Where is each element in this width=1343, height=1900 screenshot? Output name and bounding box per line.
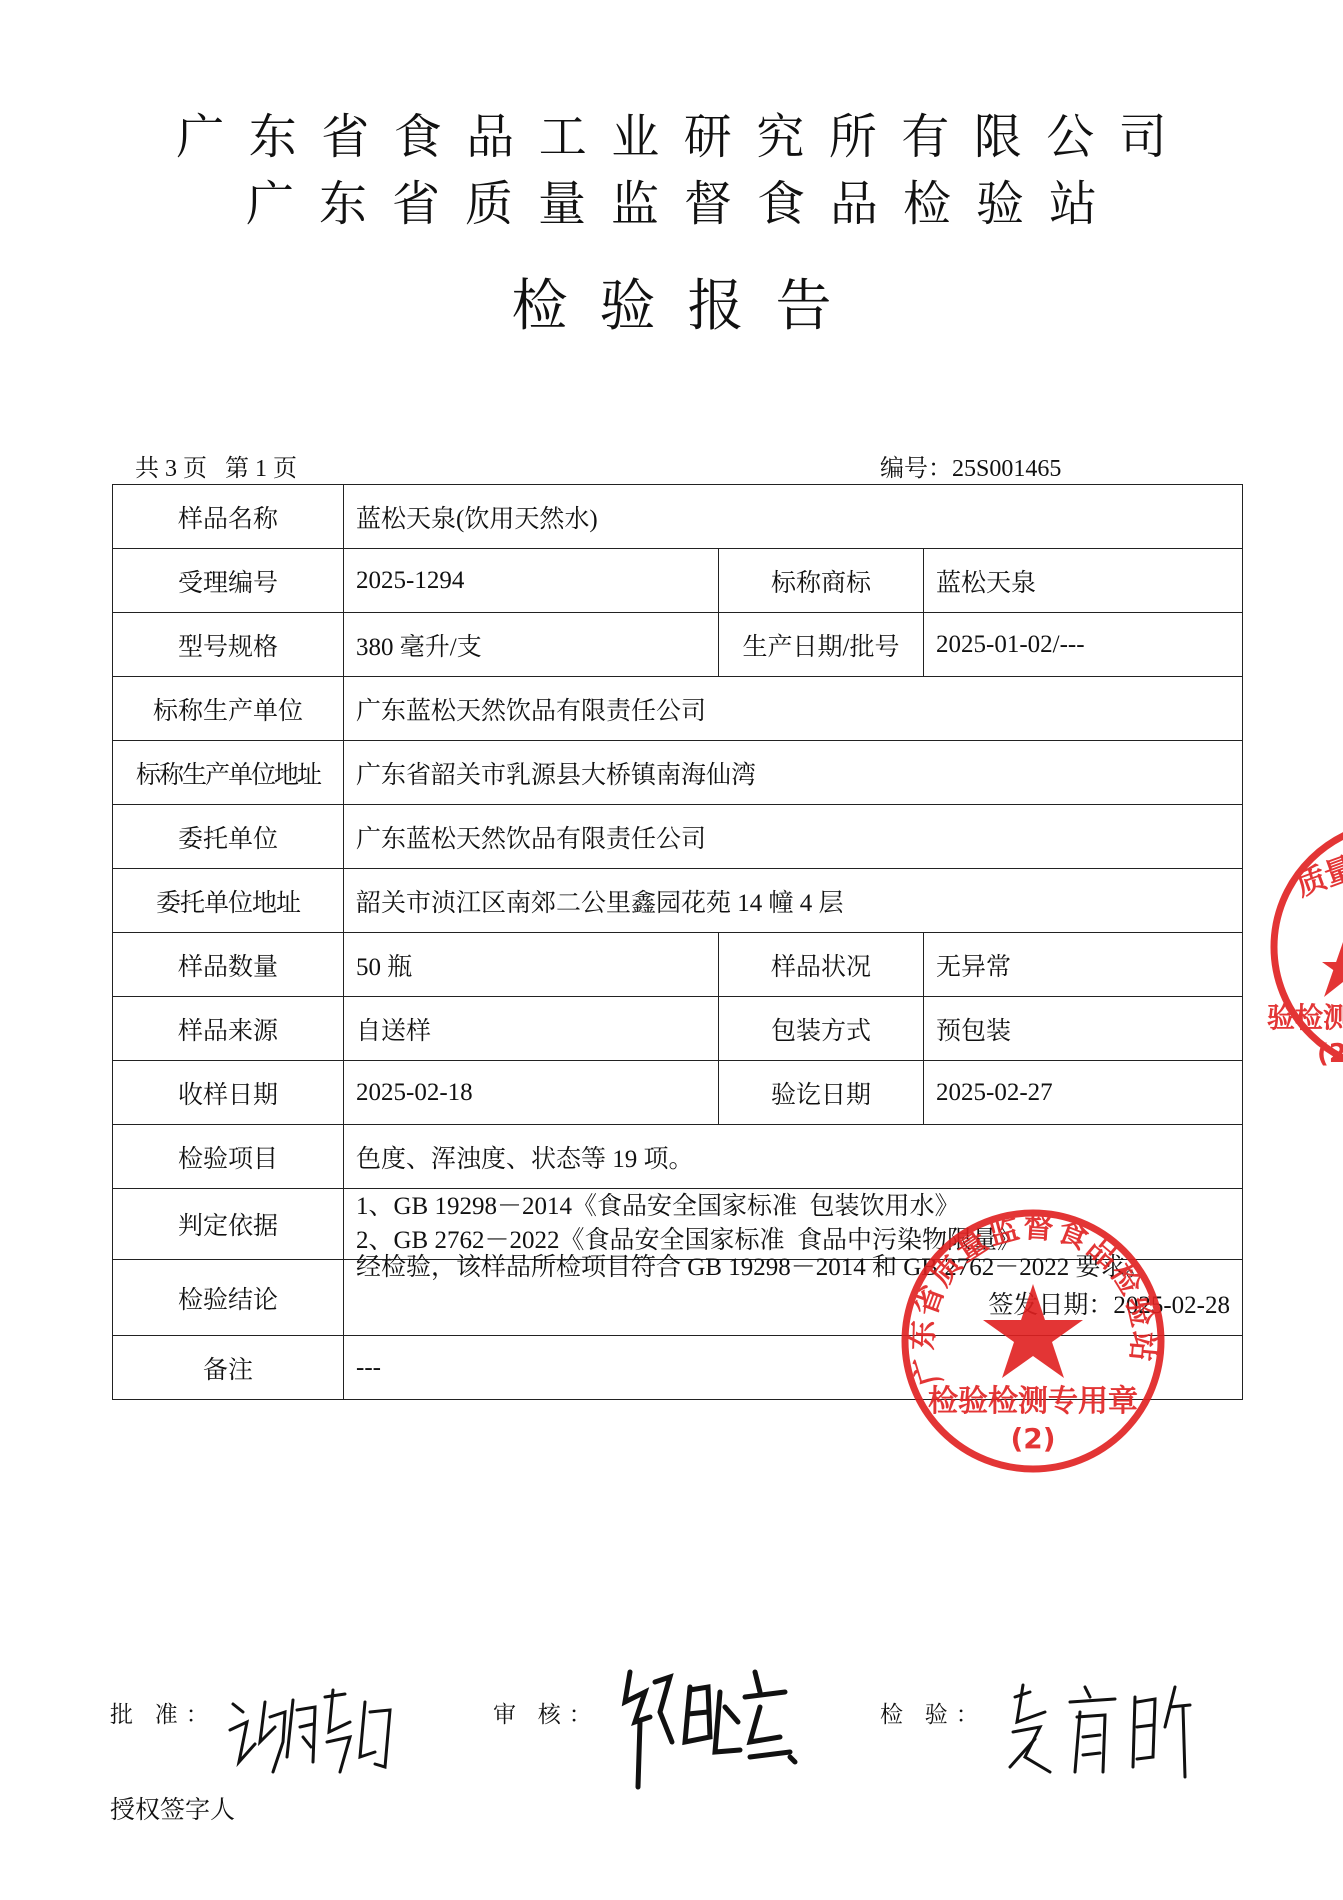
value-items: 色度、浑浊度、状态等 19 项。 <box>344 1125 1243 1189</box>
title-char: 告 <box>760 262 848 342</box>
table-row: 判定依据 1、GB 19298－2014《食品安全国家标准 包装饮用水》 2、G… <box>113 1189 1243 1260</box>
label-trademark: 标称商标 <box>719 549 924 613</box>
report-title: 检验报告 <box>0 262 1343 342</box>
label-completed-date: 验讫日期 <box>719 1061 924 1125</box>
conclusion-text: 经检验，该样品所检项目符合 GB 19298－2014 和 GB 2762－20… <box>356 1252 1230 1284</box>
signature-row: 批 准： 许佩勤 审 核： 邹晓莹 检 验： 凌育昕 <box>0 1672 1343 1782</box>
label-client: 委托单位 <box>113 805 344 869</box>
table-row: 受理编号 2025-1294 标称商标 蓝松天泉 <box>113 549 1243 613</box>
org-name-line-2: 广东省质量监督食品检验站 <box>0 165 1343 234</box>
riding-seal-partial-icon: 质量监 验检测 (2 <box>1262 812 1343 1082</box>
svg-text:质量监: 质量监 <box>1291 840 1343 904</box>
label-acceptance-no: 受理编号 <box>113 549 344 613</box>
label-condition: 样品状况 <box>719 933 924 997</box>
org1-char: 品 <box>454 98 527 167</box>
value-received-date: 2025-02-18 <box>344 1061 719 1125</box>
title-char: 检 <box>496 262 584 342</box>
title-char: 验 <box>584 262 672 342</box>
table-row: 检验结论 经检验，该样品所检项目符合 GB 19298－2014 和 GB 27… <box>113 1260 1243 1336</box>
title-char: 报 <box>672 262 760 342</box>
svg-text:(2): (2) <box>1010 1422 1055 1455</box>
value-manufacturer: 广东蓝松天然饮品有限责任公司 <box>344 677 1243 741</box>
issue-date: 签发日期：2025-02-28 <box>356 1290 1230 1322</box>
value-source: 自送样 <box>344 997 719 1061</box>
value-manufacturer-address: 广东省韶关市乳源县大桥镇南海仙湾 <box>344 741 1243 805</box>
inspect-label: 检 验： <box>880 1696 987 1729</box>
value-packaging: 预包装 <box>924 997 1243 1061</box>
authorized-signatory-label: 授权签字人 <box>110 1790 235 1826</box>
org1-char: 业 <box>599 98 672 167</box>
value-client-address: 韶关市浈江区南郊二公里鑫园花苑 14 幢 4 层 <box>344 869 1243 933</box>
org2-char: 站 <box>1037 165 1110 234</box>
basis-line-1: 1、GB 19298－2014《食品安全国家标准 包装饮用水》 <box>356 1190 1230 1224</box>
org2-char: 广 <box>234 165 307 234</box>
org1-char: 东 <box>237 98 310 167</box>
label-spec: 型号规格 <box>113 613 344 677</box>
org2-char: 督 <box>672 165 745 234</box>
label-sample-name: 样品名称 <box>113 485 344 549</box>
label-received-date: 收样日期 <box>113 1061 344 1125</box>
table-row: 型号规格 380 毫升/支 生产日期/批号 2025-01-02/--- <box>113 613 1243 677</box>
label-basis: 判定依据 <box>113 1189 344 1260</box>
inspector-signature-icon: 凌育昕 <box>1005 1677 1205 1787</box>
org-name-line-1: 广东省食品工业研究所有限公司 <box>0 98 1343 167</box>
org2-char: 食 <box>745 165 818 234</box>
label-items: 检验项目 <box>113 1125 344 1189</box>
label-production-date: 生产日期/批号 <box>719 613 924 677</box>
org2-char: 质 <box>453 165 526 234</box>
label-client-address: 委托单位地址 <box>113 869 344 933</box>
approver-signature-icon: 许佩勤 <box>225 1682 415 1792</box>
org1-char: 有 <box>889 98 962 167</box>
org1-char: 究 <box>744 98 817 167</box>
label-remarks: 备注 <box>113 1336 344 1400</box>
table-row: 检验项目 色度、浑浊度、状态等 19 项。 <box>113 1125 1243 1189</box>
value-remarks: --- <box>344 1336 1243 1400</box>
reviewer-signature-icon: 邹晓莹 <box>620 1662 810 1792</box>
table-row: 委托单位地址 韶关市浈江区南郊二公里鑫园花苑 14 幢 4 层 <box>113 869 1243 933</box>
value-production-date: 2025-01-02/--- <box>924 613 1243 677</box>
review-label: 审 核： <box>493 1696 600 1729</box>
org2-char: 省 <box>380 165 453 234</box>
org2-char: 监 <box>599 165 672 234</box>
label-conclusion: 检验结论 <box>113 1260 344 1336</box>
table-row: 样品数量 50 瓶 样品状况 无异常 <box>113 933 1243 997</box>
table-row: 样品名称 蓝松天泉(饮用天然水) <box>113 485 1243 549</box>
table-row: 标称生产单位地址 广东省韶关市乳源县大桥镇南海仙湾 <box>113 741 1243 805</box>
org2-char: 检 <box>891 165 964 234</box>
value-spec: 380 毫升/支 <box>344 613 719 677</box>
org1-char: 工 <box>527 98 600 167</box>
page-count: 共 3 页 第 1 页 <box>135 448 297 483</box>
org1-char: 研 <box>672 98 745 167</box>
org2-char: 品 <box>818 165 891 234</box>
org2-char: 东 <box>307 165 380 234</box>
table-row: 收样日期 2025-02-18 验讫日期 2025-02-27 <box>113 1061 1243 1125</box>
value-sample-name: 蓝松天泉(饮用天然水) <box>344 485 1243 549</box>
report-table: 样品名称 蓝松天泉(饮用天然水) 受理编号 2025-1294 标称商标 蓝松天… <box>112 484 1243 1400</box>
value-quantity: 50 瓶 <box>344 933 719 997</box>
label-manufacturer-address: 标称生产单位地址 <box>113 741 344 805</box>
label-source: 样品来源 <box>113 997 344 1061</box>
org1-char: 省 <box>309 98 382 167</box>
value-completed-date: 2025-02-27 <box>924 1061 1243 1125</box>
report-number: 编号：25S001465 <box>880 448 1061 483</box>
value-trademark: 蓝松天泉 <box>924 549 1243 613</box>
svg-text:验检测: 验检测 <box>1267 1001 1343 1034</box>
label-manufacturer: 标称生产单位 <box>113 677 344 741</box>
approve-label: 批 准： <box>110 1696 217 1729</box>
label-packaging: 包装方式 <box>719 997 924 1061</box>
org1-char: 限 <box>962 98 1035 167</box>
svg-text:(2: (2 <box>1317 1039 1343 1069</box>
org1-char: 所 <box>817 98 890 167</box>
table-row: 备注 --- <box>113 1336 1243 1400</box>
org1-char: 广 <box>164 98 237 167</box>
org2-char: 验 <box>964 165 1037 234</box>
org1-char: 公 <box>1034 98 1107 167</box>
label-quantity: 样品数量 <box>113 933 344 997</box>
value-client: 广东蓝松天然饮品有限责任公司 <box>344 805 1243 869</box>
org1-char: 食 <box>382 98 455 167</box>
value-acceptance-no: 2025-1294 <box>344 549 719 613</box>
table-row: 样品来源 自送样 包装方式 预包装 <box>113 997 1243 1061</box>
table-row: 标称生产单位 广东蓝松天然饮品有限责任公司 <box>113 677 1243 741</box>
org1-char: 司 <box>1107 98 1180 167</box>
value-basis: 1、GB 19298－2014《食品安全国家标准 包装饮用水》 2、GB 276… <box>344 1189 1243 1260</box>
value-conclusion: 经检验，该样品所检项目符合 GB 19298－2014 和 GB 2762－20… <box>344 1260 1243 1336</box>
org2-char: 量 <box>526 165 599 234</box>
value-condition: 无异常 <box>924 933 1243 997</box>
table-row: 委托单位 广东蓝松天然饮品有限责任公司 <box>113 805 1243 869</box>
